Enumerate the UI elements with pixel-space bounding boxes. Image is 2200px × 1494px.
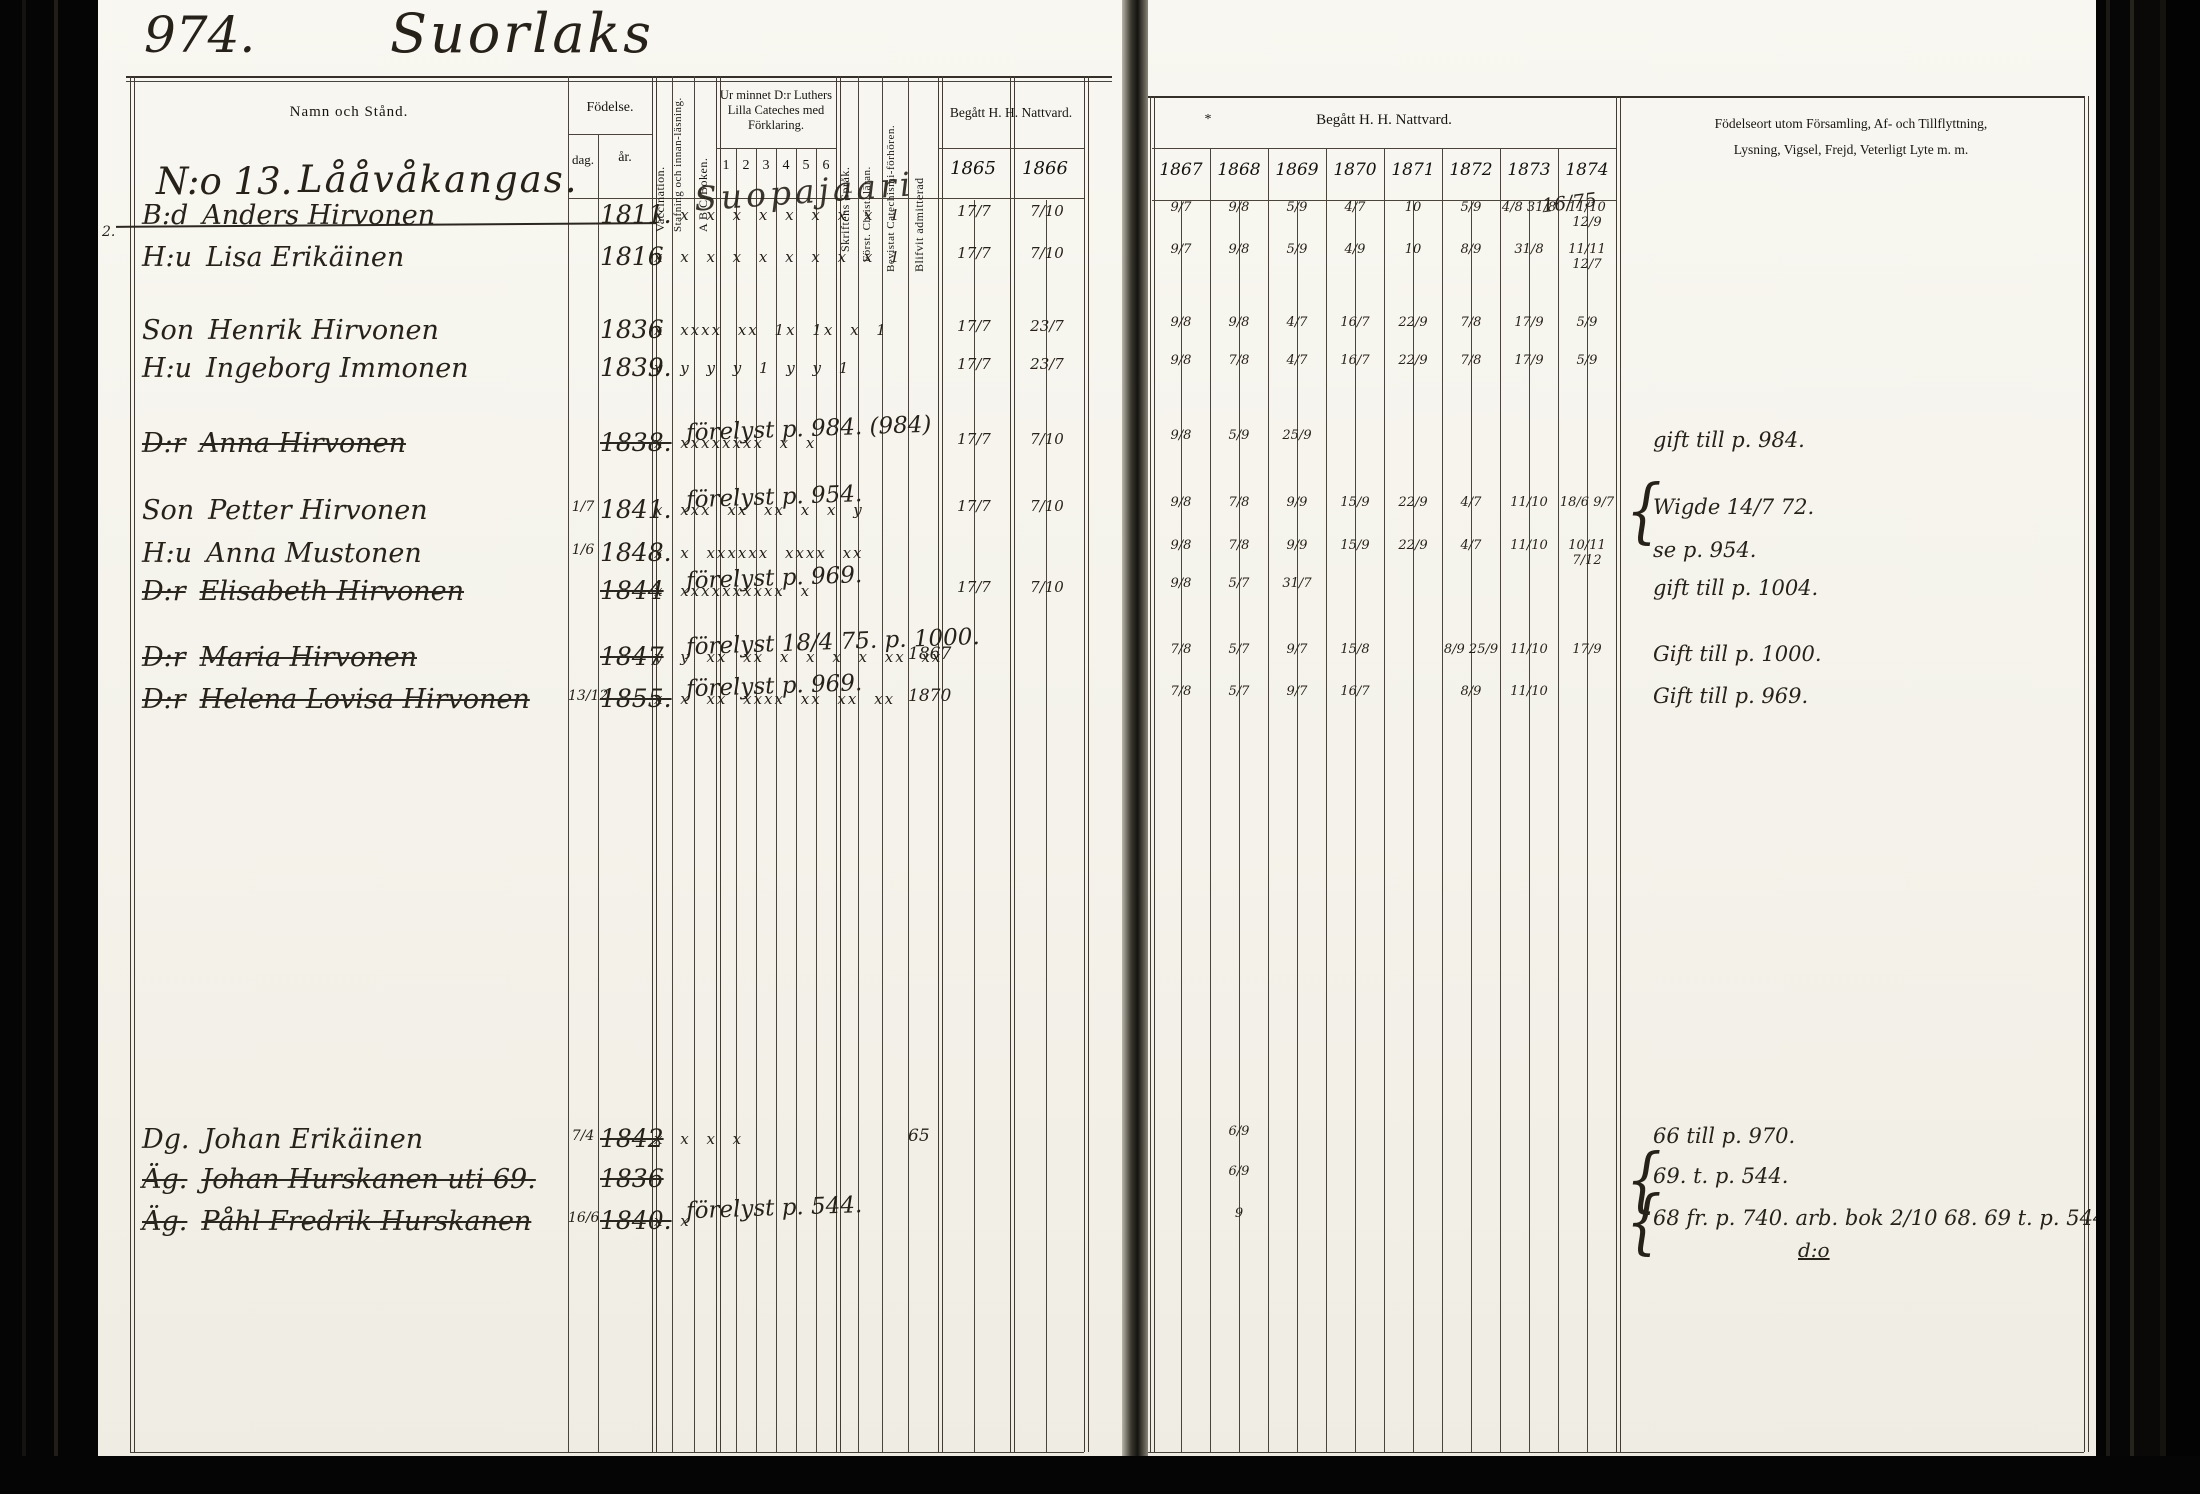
communion-1874-value: 11/11 12/7 [1558,242,1616,272]
communion-1869-value: 5/9 [1268,200,1326,215]
person-name: H:uLisa Erikäinen [142,242,566,273]
communion-1873-value: 17/9 [1500,315,1558,330]
margin-note: Gift till p. 969. [1653,684,2083,708]
communion-1871-value: 22/9 [1384,495,1442,510]
person-fullname: Johan Hurskanen uti 69. [201,1164,535,1195]
birth-day-value: 1/6 [568,542,598,558]
person-title: D:r [142,684,186,715]
communion-1874-value: 5/9 [1558,315,1616,330]
communion-1873-value: 11/10 [1500,642,1558,657]
birth-day-value: 13/12 [568,688,598,704]
person-fullname: Henrik Hirvonen [208,315,439,346]
person-name: D:rMaria Hirvonen [142,642,566,673]
person-name: D:rHelena Lovisa Hirvonen [142,684,566,715]
register-row-right: 9/8 7/8 4/7 16/7 22/9 7/8 17/9 5/9 [1148,353,2096,395]
communion-1869-value: 9/7 [1268,684,1326,699]
communion-1871-value: 10 [1384,242,1442,257]
register-row-right: 6/9 { 69. t. p. 544. [1148,1164,2096,1206]
register-row-left: SonHenrik Hirvonen 1836 x xxxx xx 1x 1x … [98,315,1122,357]
communion-1870-value: 15/9 [1326,495,1384,510]
register-row-right: 9/8 9/8 4/7 16/7 22/9 7/8 17/9 5/9 [1148,315,2096,357]
communion-1869-value: 9/9 [1268,538,1326,553]
birth-day-value: 16/6 [568,1210,598,1226]
right-page: * Begått H. H. Nattvard. 186718681869187… [1148,0,2096,1460]
communion-1867-value: 9/7 [1152,242,1210,257]
communion-1866-value: 23/7 [1012,317,1082,335]
person-fullname: Påhl Fredrik Hurskanen [201,1206,531,1237]
margin-note-2: d:o [1798,1238,1830,1262]
communion-1873-value: 17/9 [1500,353,1558,368]
communion-1873-value: 31/8 [1500,242,1558,257]
person-title: D:r [142,576,186,607]
birth-year-value: 1836 [600,315,654,344]
communion-1868-value: 9/8 [1210,200,1268,215]
margin-note: 69. t. p. 544. [1653,1164,2083,1188]
register-row-left: D:rHelena Lovisa Hirvonen 13/12 1855. x … [98,684,1122,726]
communion-1870-value: 4/9 [1326,242,1384,257]
communion-1867-value: 7/8 [1152,642,1210,657]
birth-year-value: 1839. [600,353,654,382]
right-rows: 9/7 9/8 5/9 4/7 10 5/9 4/8 31/8 11/10 12… [1148,0,2096,1460]
book-gutter [1122,0,1148,1460]
banns-note [686,295,1046,308]
banns-note [686,1104,1046,1117]
margin-note: gift till p. 984. [1653,428,2083,452]
person-fullname: Anna Mustonen [206,538,422,569]
communion-1869-value: 9/9 [1268,495,1326,510]
communion-1867-value: 9/8 [1152,353,1210,368]
margin-note: se p. 954. [1653,538,2083,562]
register-row-right: 9/8 7/8 9/9 15/9 22/9 4/7 11/10 18/6 9/7… [1148,495,2096,537]
person-fullname: Petter Hirvonen [208,495,427,526]
birth-year-value: 1840. [600,1206,654,1235]
communion-1870-value: 4/7 [1326,200,1384,215]
scan-edge-left [0,0,98,1494]
communion-1866-value: 7/10 [1012,202,1082,220]
margin-note: 68 fr. p. 740. arb. bok 2/10 68. 69 t. p… [1653,1206,2083,1230]
person-fullname: Elisabeth Hirvonen [200,576,464,607]
communion-1872-value: 8/9 [1442,242,1500,257]
communion-1870-value: 16/7 [1326,353,1384,368]
birth-year-value: 1841. [600,495,654,524]
person-name: H:uIngeborg Immonen [142,353,566,384]
admitted-note: 65 [908,1126,978,1146]
person-title: H:u [142,353,192,384]
person-name: H:uAnna Mustonen [142,538,566,569]
communion-1867-value: 7/8 [1152,684,1210,699]
person-fullname: Lisa Erikäinen [206,242,404,273]
reading-marks: x x xxxxxx xxxx xx [654,544,912,562]
left-rows: B:dAnders Hirvonen 1811. x x x x x x x x… [98,0,1122,1460]
person-title: Dg. [142,1124,190,1155]
person-title: B:d [142,200,188,231]
communion-1868-value: 5/7 [1210,684,1268,699]
communion-1874-value: 10/11 7/12 [1558,538,1616,568]
birth-year-value: 1811. [600,200,654,229]
person-fullname: Anna Hirvonen [200,428,406,459]
communion-1870-value: 16/7 [1326,315,1384,330]
person-title: Son [142,495,194,526]
birth-year-value: 1847 [600,642,654,671]
scan-edge-bottom [0,1456,2200,1494]
person-name: Äg.Johan Hurskanen uti 69. [142,1164,566,1195]
communion-1871-value: 22/9 [1384,353,1442,368]
scan-edge-right [2096,0,2200,1494]
communion-1868-value: 5/7 [1210,642,1268,657]
birth-year-value: 1855. [600,684,654,713]
communion-1868-value: 6/9 [1210,1164,1268,1179]
register-row-left: D:rAnna Hirvonen 1838. x xxxxxxxx x x fö… [98,428,1122,470]
communion-1866-value: 23/7 [1012,355,1082,373]
left-page: 974. Suorlaks 2. Namn och Stånd [98,0,1122,1460]
person-name: Dg.Johan Erikäinen [142,1124,566,1155]
register-row-left: Dg.Johan Erikäinen 7/4 1842 x x x x 65 [98,1124,1122,1166]
register-row-right: 9 { 68 fr. p. 740. arb. bok 2/10 68. 69 … [1148,1206,2096,1248]
communion-1874-value: 5/9 [1558,353,1616,368]
communion-1870-value: 16/7 [1326,684,1384,699]
register-row-left: H:uLisa Erikäinen 1816 x x x x x x x x x… [98,242,1122,284]
person-title: D:r [142,428,186,459]
margin-note: 66 till p. 970. [1653,1124,2083,1148]
person-title: D:r [142,642,186,673]
person-title: Äg. [142,1206,187,1237]
communion-1868-value: 5/7 [1210,576,1268,591]
reading-marks: y y y y 1 y y 1 [654,359,912,377]
person-fullname: Ingeborg Immonen [206,353,469,384]
communion-1866-value: 7/10 [1012,244,1082,262]
person-name: D:rAnna Hirvonen [142,428,566,459]
communion-1873-value: 11/10 [1500,684,1558,699]
register-row-left: D:rElisabeth Hirvonen 1844 x xxxxxxxxxx … [98,576,1122,618]
margin-note: Wigde 14/7 72. [1653,495,2083,519]
communion-1869-value: 25/9 [1268,428,1326,443]
person-name: SonPetter Hirvonen [142,495,566,526]
birth-year-value: 1844 [600,576,654,605]
register-row-right: 9/7 9/8 5/9 4/7 10 5/9 4/8 31/8 11/10 12… [1148,200,2096,242]
communion-1869-value: 5/9 [1268,242,1326,257]
person-fullname: Maria Hirvonen [200,642,417,673]
person-fullname: Anders Hirvonen [202,200,435,231]
communion-1868-value: 7/8 [1210,538,1268,553]
communion-1871-value: 10 [1384,200,1442,215]
communion-1867-value: 9/7 [1152,200,1210,215]
communion-1868-value: 5/9 [1210,428,1268,443]
communion-1865-value: 17/7 [940,355,1008,373]
communion-1872-value: 7/8 [1442,315,1500,330]
birth-year-value: 1816 [600,242,654,271]
communion-1867-value: 9/8 [1152,428,1210,443]
register-row-right: 9/8 5/9 25/9 gift till p. 984. [1148,428,2096,470]
communion-1867-value: 9/8 [1152,538,1210,553]
register-row-right: 7/8 5/7 9/7 16/7 8/9 11/10 Gift till p. … [1148,684,2096,726]
communion-1865-value: 17/7 [940,244,1008,262]
communion-1872-value: 4/7 [1442,538,1500,553]
person-name: SonHenrik Hirvonen [142,315,566,346]
communion-1865-value: 17/7 [940,202,1008,220]
communion-1870-value: 15/8 [1326,642,1384,657]
margin-note: Gift till p. 1000. [1653,642,2083,666]
register-row-right: 9/8 7/8 9/9 15/9 22/9 4/7 11/10 10/11 7/… [1148,538,2096,580]
reading-marks: x xxxx xx 1x 1x x 1 [654,321,912,339]
communion-1872-value: 8/9 [1442,684,1500,699]
communion-1867-value: 9/8 [1152,315,1210,330]
birth-year-value: 1838. [600,428,654,457]
communion-1865-value: 17/7 [940,317,1008,335]
communion-1868-value: 9/8 [1210,242,1268,257]
communion-1870-value: 15/9 [1326,538,1384,553]
register-scan: 974. Suorlaks 2. Namn och Stånd [0,0,2200,1494]
register-row-left: H:uIngeborg Immonen 1839. y y y y 1 y y … [98,353,1122,395]
communion-1868-value: 7/8 [1210,495,1268,510]
birth-year-value: 1848. [600,538,654,567]
communion-1869-value: 4/7 [1268,315,1326,330]
margin-note: gift till p. 1004. [1653,576,2083,600]
register-row-left: Äg.Påhl Fredrik Hurskanen 16/6 1840. x x… [98,1206,1122,1248]
birth-year-value: 1836 [600,1164,654,1193]
register-row-right: 9/7 9/8 5/9 4/9 10 8/9 31/8 11/11 12/7 [1148,242,2096,284]
communion-1869-value: 31/7 [1268,576,1326,591]
person-name: B:dAnders Hirvonen [142,200,566,231]
communion-1872-value: 7/8 [1442,353,1500,368]
reading-marks: x x x x [654,1130,912,1148]
communion-1868-value: 6/9 [1210,1124,1268,1139]
register-row-right: 7/8 5/7 9/7 15/8 8/9 25/9 11/10 17/9 Gif… [1148,642,2096,684]
communion-1873-value: 11/10 [1500,538,1558,553]
communion-1868-value: 7/8 [1210,353,1268,368]
register-row-left: SonPetter Hirvonen 1/7 1841. x xxx xx xx… [98,495,1122,537]
communion-1872-value: 4/7 [1442,495,1500,510]
register-row-left: B:dAnders Hirvonen 1811. x x x x x x x x… [98,200,1122,242]
register-row-right: 6/9 66 till p. 970. [1148,1124,2096,1166]
birth-day-value: 7/4 [568,1128,598,1144]
communion-1869-value: 9/7 [1268,642,1326,657]
person-title: H:u [142,538,192,569]
communion-1867-value: 9/8 [1152,576,1210,591]
communion-1874-value: 18/6 9/7 [1558,495,1616,510]
communion-1871-value: 22/9 [1384,315,1442,330]
person-title: H:u [142,242,192,273]
birth-day-value: 1/7 [568,499,598,515]
communion-1868-value: 9/8 [1210,315,1268,330]
person-name: D:rElisabeth Hirvonen [142,576,566,607]
communion-1872-value: 5/9 [1442,200,1500,215]
communion-1872-value: 8/9 25/9 [1442,642,1500,657]
communion-1869-value: 4/7 [1268,353,1326,368]
communion-1874-value: 17/9 [1558,642,1616,657]
register-row-right: 9/8 5/7 31/7 gift till p. 1004. [1148,576,2096,618]
communion-1873-value: 11/10 [1500,495,1558,510]
person-fullname: Johan Erikäinen [204,1124,424,1155]
person-name: Äg.Påhl Fredrik Hurskanen [142,1206,566,1237]
communion-1868-value: 9 [1210,1206,1268,1221]
birth-year-value: 1842 [600,1124,654,1153]
reading-marks: x x x x x x x x x 1 [654,248,912,266]
communion-1871-value: 22/9 [1384,538,1442,553]
person-title: Äg. [142,1164,187,1195]
communion-1867-value: 9/8 [1152,495,1210,510]
person-title: Son [142,315,194,346]
person-fullname: Helena Lovisa Hirvonen [200,684,530,715]
